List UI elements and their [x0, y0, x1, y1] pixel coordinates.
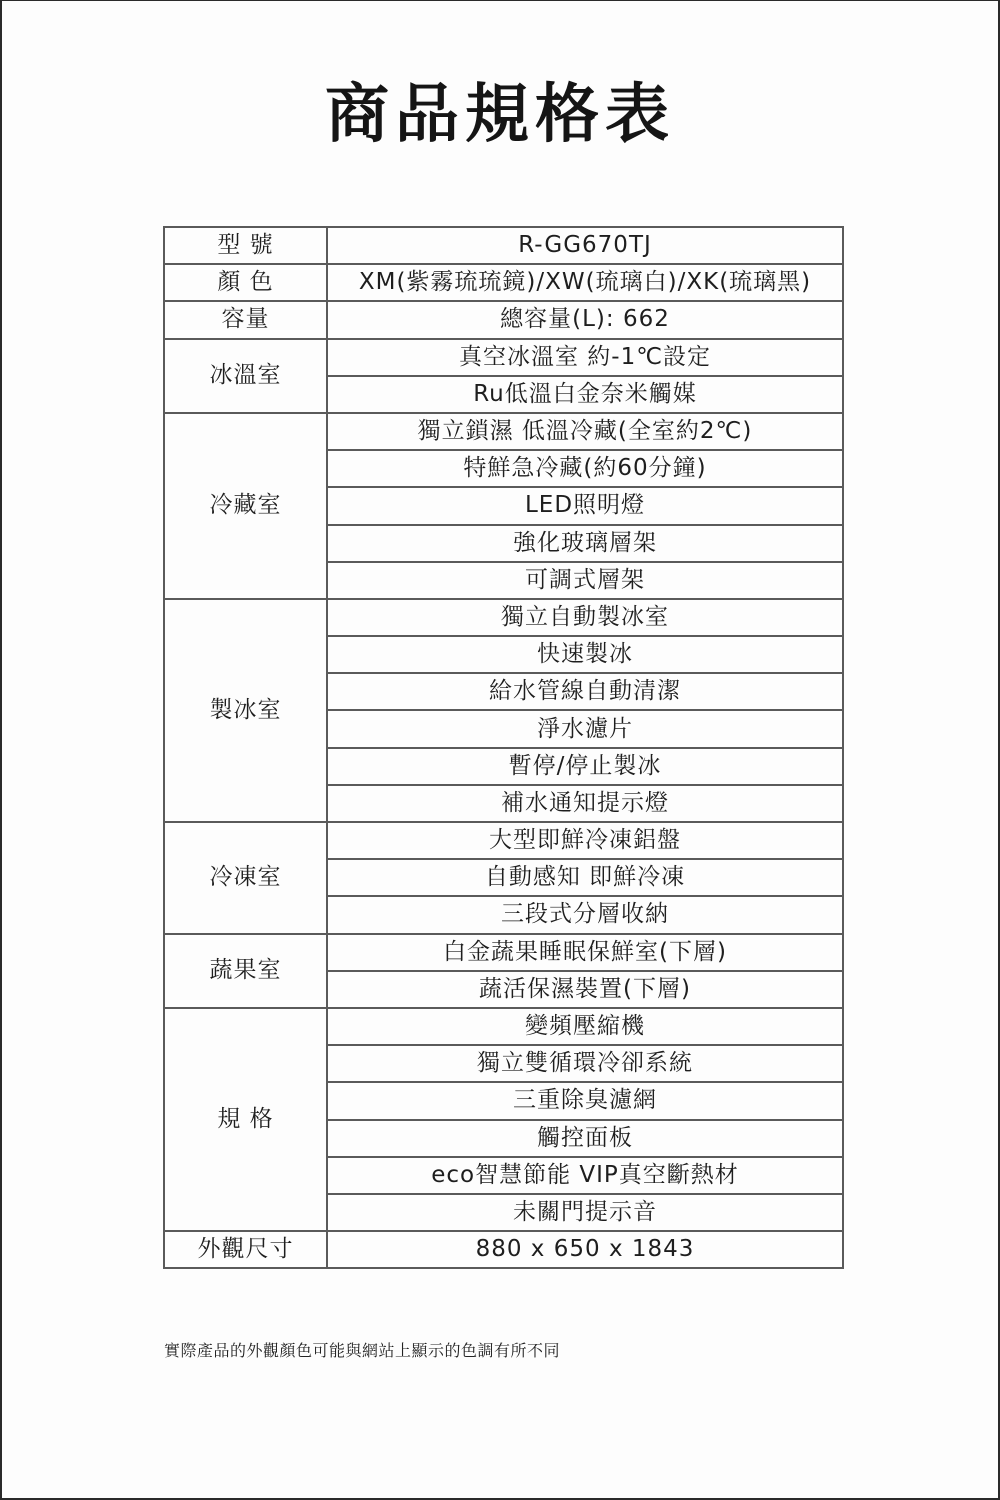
- table-row-fridge: 冷藏室 獨立鎖濕 低溫冷藏(全室約2℃): [164, 413, 843, 450]
- section-label-fridge-room: 冷藏室: [164, 413, 327, 599]
- table-row-ice-temp: 冰溫室 真空冰溫室 約-1℃設定: [164, 339, 843, 376]
- spec-table: 型 號 R-GG670TJ 顏 色 XM(紫霧琉琉鏡)/XW(琉璃白)/XK(琉…: [163, 226, 844, 1269]
- row-value: 暫停/停止製冰: [327, 748, 843, 785]
- table-row-model: 型 號 R-GG670TJ: [164, 227, 843, 264]
- row-value: 蔬活保濕裝置(下層): [327, 971, 843, 1008]
- table-row-ice-maker: 製冰室 獨立自動製冰室: [164, 599, 843, 636]
- table-row-color: 顏 色 XM(紫霧琉琉鏡)/XW(琉璃白)/XK(琉璃黑): [164, 264, 843, 301]
- disclaimer-note: 實際產品的外觀顏色可能與網站上顯示的色調有所不同: [164, 1338, 560, 1361]
- row-value: eco智慧節能 VIP真空斷熱材: [327, 1157, 843, 1194]
- row-value: 給水管線自動清潔: [327, 673, 843, 710]
- section-label-freezer-room: 冷凍室: [164, 822, 327, 934]
- row-label: 容量: [164, 301, 327, 338]
- row-value: 未關門提示音: [327, 1194, 843, 1231]
- row-value: 880 x 650 x 1843: [327, 1231, 843, 1268]
- table-row-freezer: 冷凍室 大型即鮮冷凍鋁盤: [164, 822, 843, 859]
- row-value: 三重除臭濾網: [327, 1082, 843, 1119]
- row-value: 白金蔬果睡眠保鮮室(下層): [327, 934, 843, 971]
- section-label-ice-maker-room: 製冰室: [164, 599, 327, 822]
- row-value: Ru低溫白金奈米觸媒: [327, 376, 843, 413]
- row-value: 快速製冰: [327, 636, 843, 673]
- row-label: 顏 色: [164, 264, 327, 301]
- row-value: 自動感知 即鮮冷凍: [327, 859, 843, 896]
- table-row-dimensions: 外觀尺寸 880 x 650 x 1843: [164, 1231, 843, 1268]
- row-value: 強化玻璃層架: [327, 525, 843, 562]
- row-value: 獨立鎖濕 低溫冷藏(全室約2℃): [327, 413, 843, 450]
- row-value: 可調式層架: [327, 562, 843, 599]
- row-value: 總容量(L): 662: [327, 301, 843, 338]
- row-value: 獨立雙循環冷卻系統: [327, 1045, 843, 1082]
- section-label-vegetable-room: 蔬果室: [164, 934, 327, 1008]
- table-row-vegetable: 蔬果室 白金蔬果睡眠保鮮室(下層): [164, 934, 843, 971]
- row-value: 補水通知提示燈: [327, 785, 843, 822]
- table-row-specs: 規 格 變頻壓縮機: [164, 1008, 843, 1045]
- row-value: 淨水濾片: [327, 710, 843, 747]
- row-value: 大型即鮮冷凍鋁盤: [327, 822, 843, 859]
- row-value: 獨立自動製冰室: [327, 599, 843, 636]
- row-value: 三段式分層收納: [327, 896, 843, 933]
- row-value: 真空冰溫室 約-1℃設定: [327, 339, 843, 376]
- row-value: 變頻壓縮機: [327, 1008, 843, 1045]
- table-row-capacity: 容量 總容量(L): 662: [164, 301, 843, 338]
- section-label-specs: 規 格: [164, 1008, 327, 1231]
- row-value: LED照明燈: [327, 487, 843, 524]
- row-label: 型 號: [164, 227, 327, 264]
- page-title: 商品規格表: [0, 70, 1000, 160]
- row-label: 外觀尺寸: [164, 1231, 327, 1268]
- row-value: R-GG670TJ: [327, 227, 843, 264]
- row-value: 特鮮急冷藏(約60分鐘): [327, 450, 843, 487]
- row-value: XM(紫霧琉琉鏡)/XW(琉璃白)/XK(琉璃黑): [327, 264, 843, 301]
- section-label-ice-temp-room: 冰溫室: [164, 339, 327, 413]
- row-value: 觸控面板: [327, 1120, 843, 1157]
